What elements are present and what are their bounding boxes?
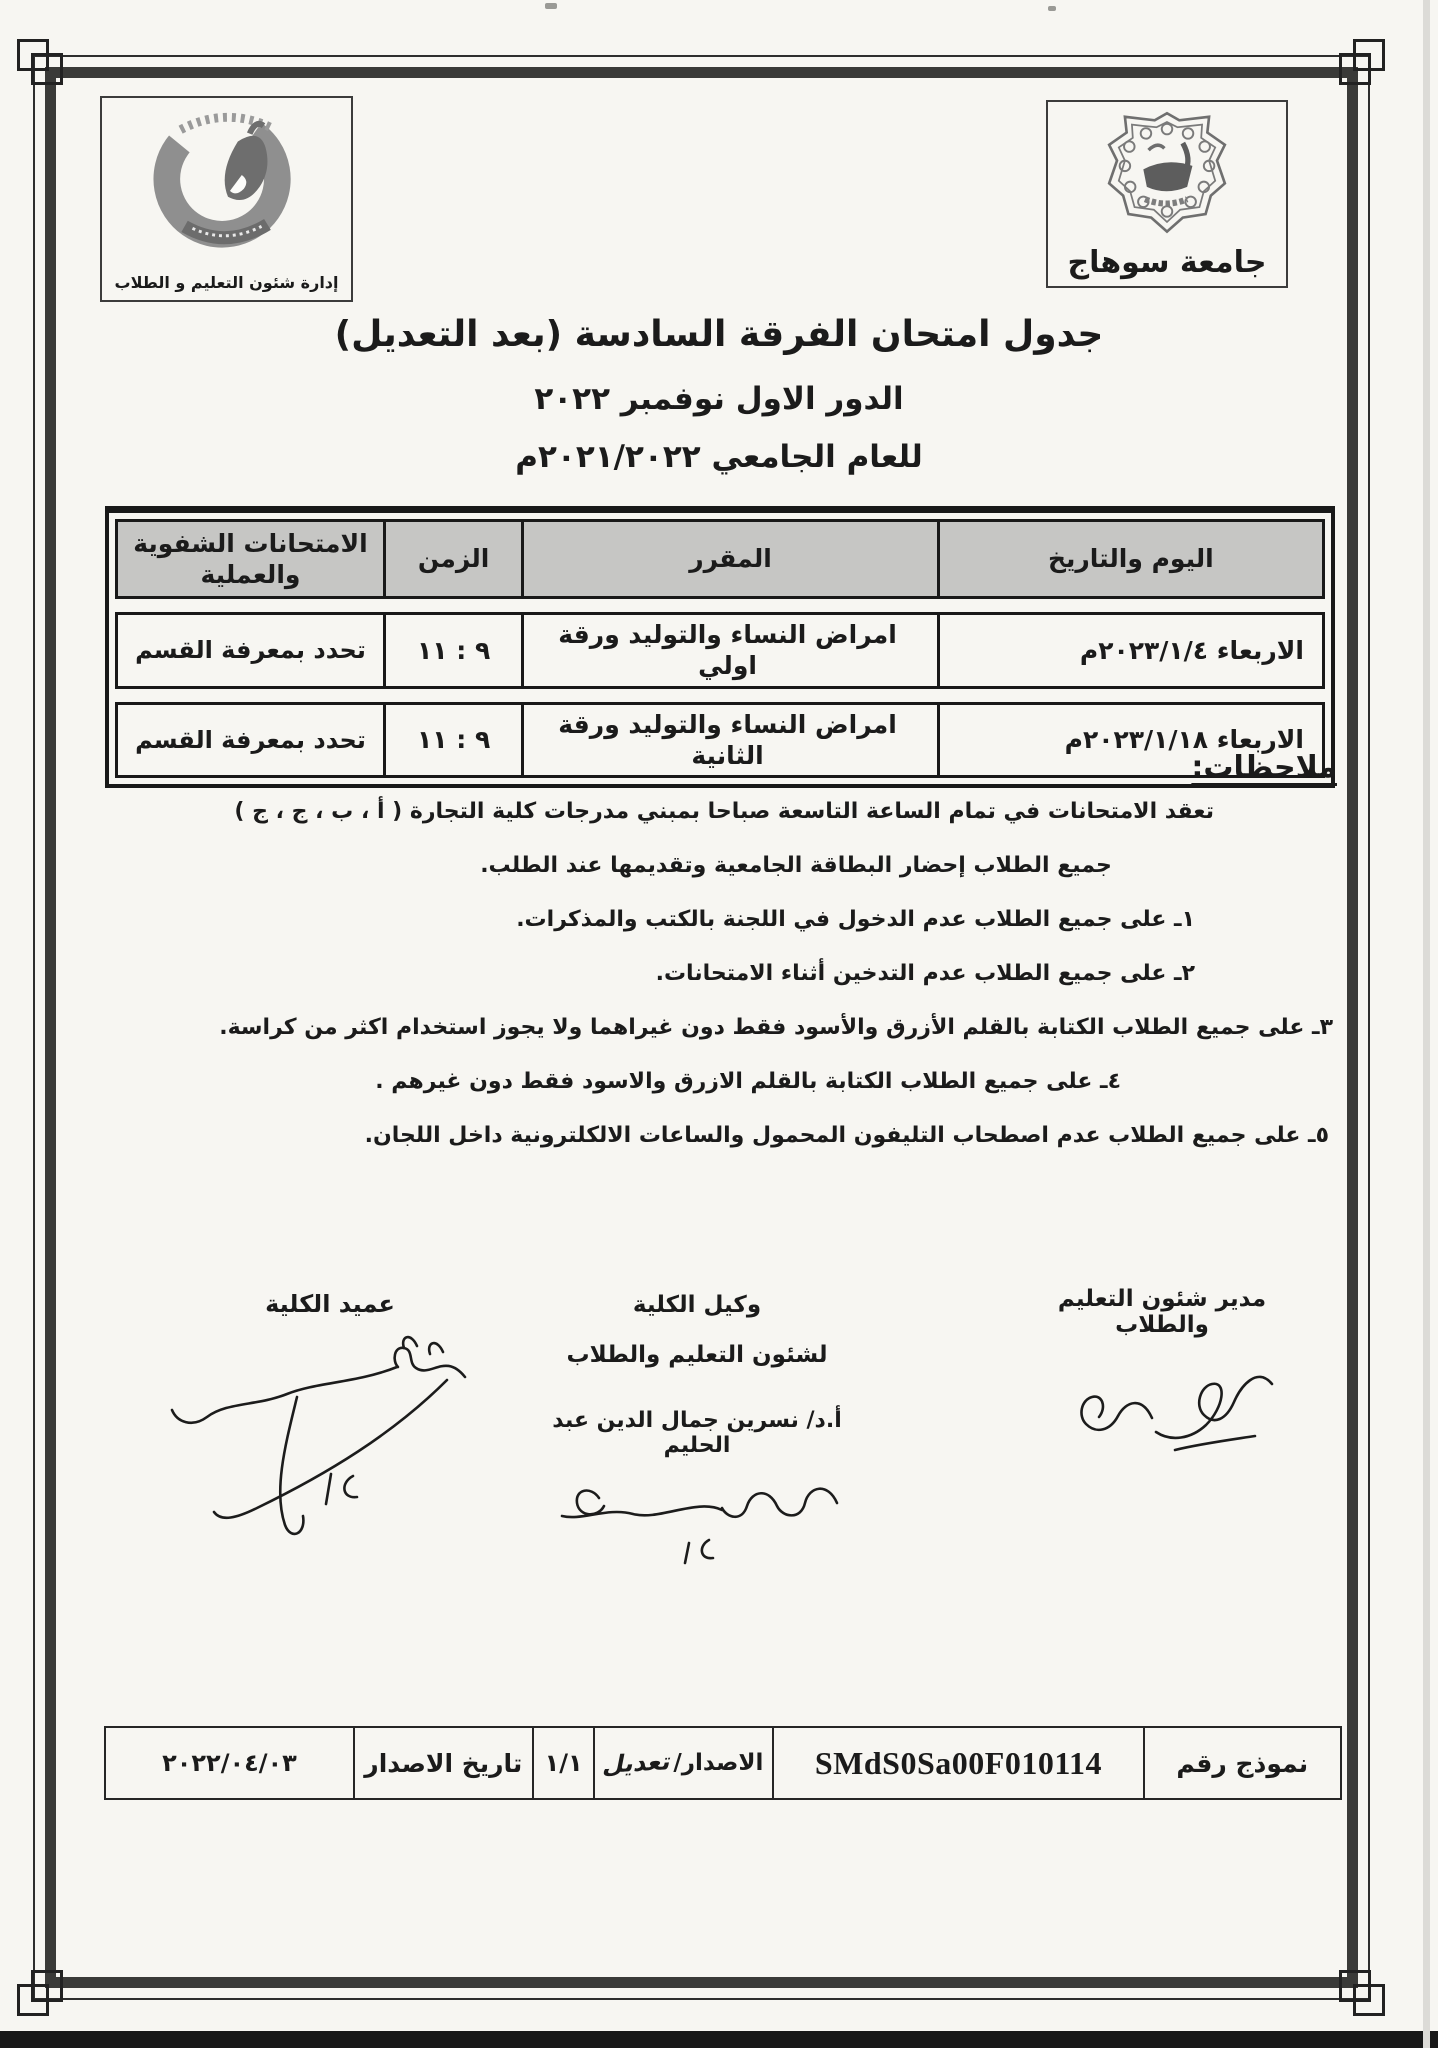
faculty-of-medicine-logo-icon (143, 104, 311, 254)
signature-block-vice-dean: وكيل الكلية لشئون التعليم والطلاب أ.د/ ن… (517, 1292, 877, 1572)
note-item: ٣ـ على جميع الطلاب الكتابة بالقلم الأزرق… (95, 1015, 1347, 1040)
header-time: الزمن (383, 522, 521, 596)
note-item: ٥ـ على جميع الطلاب عدم اصطحاب التليفون ا… (95, 1123, 1347, 1148)
signature-title: مدير شئون التعليم والطلاب (1032, 1286, 1292, 1338)
frame-corner-ornament (31, 1970, 63, 2002)
note-intro-line: جميع الطلاب إحضار البطاقة الجامعية وتقدي… (95, 853, 1347, 878)
version-value: ١/١ (532, 1728, 594, 1798)
vice-dean-name: أ.د/ نسرين جمال الدين عبد الحليم (517, 1408, 877, 1458)
version-label: الاصدار/تعديل (593, 1728, 772, 1798)
notes-heading: ملاحظات: (1191, 750, 1347, 785)
issue-date-value: ٢٠٢٢/٠٤/٠٣ (106, 1728, 353, 1798)
exam-table-header-row: اليوم والتاريخ المقرر الزمن الامتحانات ا… (115, 519, 1325, 599)
scan-speck (545, 3, 557, 9)
signature-block-dean: عميد الكلية (150, 1290, 510, 1551)
note-item: ٤ـ على جميع الطلاب الكتابة بالقلم الازرق… (95, 1069, 1347, 1094)
exam-schedule-table: اليوم والتاريخ المقرر الزمن الامتحانات ا… (105, 506, 1335, 788)
director-signature-scribble (1057, 1346, 1287, 1476)
version-label-handwritten: تعديل (601, 1747, 674, 1778)
note-intro-line: تعقد الامتحانات في تمام الساعة التاسعة ص… (95, 799, 1347, 824)
header-course: المقرر (521, 522, 936, 596)
version-label-printed: الاصدار/ (673, 1750, 763, 1776)
dean-signature-scribble (145, 1322, 485, 1547)
education-affairs-label: إدارة شئون التعليم و الطلاب (115, 273, 339, 292)
issue-date-label: تاريخ الاصدار (353, 1728, 532, 1798)
notes-section: ملاحظات: تعقد الامتحانات في تمام الساعة … (95, 750, 1347, 1177)
frame-corner-ornament (1339, 1970, 1371, 2002)
frame-corner-ornament (1339, 53, 1371, 85)
note-item: ١ـ على جميع الطلاب عدم الدخول في اللجنة … (95, 907, 1347, 932)
signatures-section: مدير شئون التعليم والطلاب وكيل الكلية لش… (95, 1282, 1347, 1592)
scanned-exam-schedule-document: إدارة شئون التعليم و الطلاب جامعة سوهاج … (0, 0, 1438, 2048)
signature-title: وكيل الكلية (517, 1292, 877, 1318)
form-number-value: SMdS0Sa00F010114 (772, 1728, 1142, 1798)
schedule-title: جدول امتحان الفرقة السادسة (بعد التعديل) (0, 314, 1438, 355)
university-name-box: جامعة سوهاج (1046, 100, 1288, 288)
signature-title: عميد الكلية (150, 1290, 510, 1318)
scan-speck (1048, 6, 1056, 11)
cell-course: امراض النساء والتوليد ورقة اولي (521, 615, 936, 686)
sohag-university-emblem-icon (1092, 108, 1242, 236)
form-number-label: نموذج رقم (1143, 1728, 1340, 1798)
cell-day-date: الاربعاء ٢٠٢٣/١/٤م (937, 615, 1322, 686)
exam-table-row: الاربعاء ٢٠٢٣/١/٤م امراض النساء والتوليد… (115, 612, 1325, 689)
scan-edge-strip (1423, 0, 1430, 2048)
note-item: ٢ـ على جميع الطلاب عدم التدخين أثناء الا… (95, 961, 1347, 986)
academic-year-line: للعام الجامعي ٢٠٢١/٢٠٢٢م (0, 439, 1438, 475)
scan-edge-band (0, 2031, 1438, 2048)
header-oral-practical: الامتحانات الشفوية والعملية (118, 522, 383, 596)
header-day-date: اليوم والتاريخ (937, 522, 1322, 596)
cell-oral-practical: تحدد بمعرفة القسم (118, 615, 383, 686)
vice-dean-signature-scribble (537, 1458, 857, 1568)
form-footer-table: نموذج رقم SMdS0Sa00F010114 الاصدار/تعديل… (104, 1726, 1342, 1800)
exam-round-line: الدور الاول نوفمبر ٢٠٢٢ (0, 381, 1438, 417)
university-name-label: جامعة سوهاج (1067, 245, 1266, 280)
cell-time: ٩ : ١١ (383, 615, 521, 686)
document-title-block: جدول امتحان الفرقة السادسة (بعد التعديل)… (0, 314, 1438, 475)
frame-corner-ornament (31, 53, 63, 85)
education-affairs-box: إدارة شئون التعليم و الطلاب (100, 96, 353, 302)
signature-block-student-affairs-director: مدير شئون التعليم والطلاب (1032, 1286, 1292, 1480)
signature-title-line2: لشئون التعليم والطلاب (517, 1342, 877, 1368)
